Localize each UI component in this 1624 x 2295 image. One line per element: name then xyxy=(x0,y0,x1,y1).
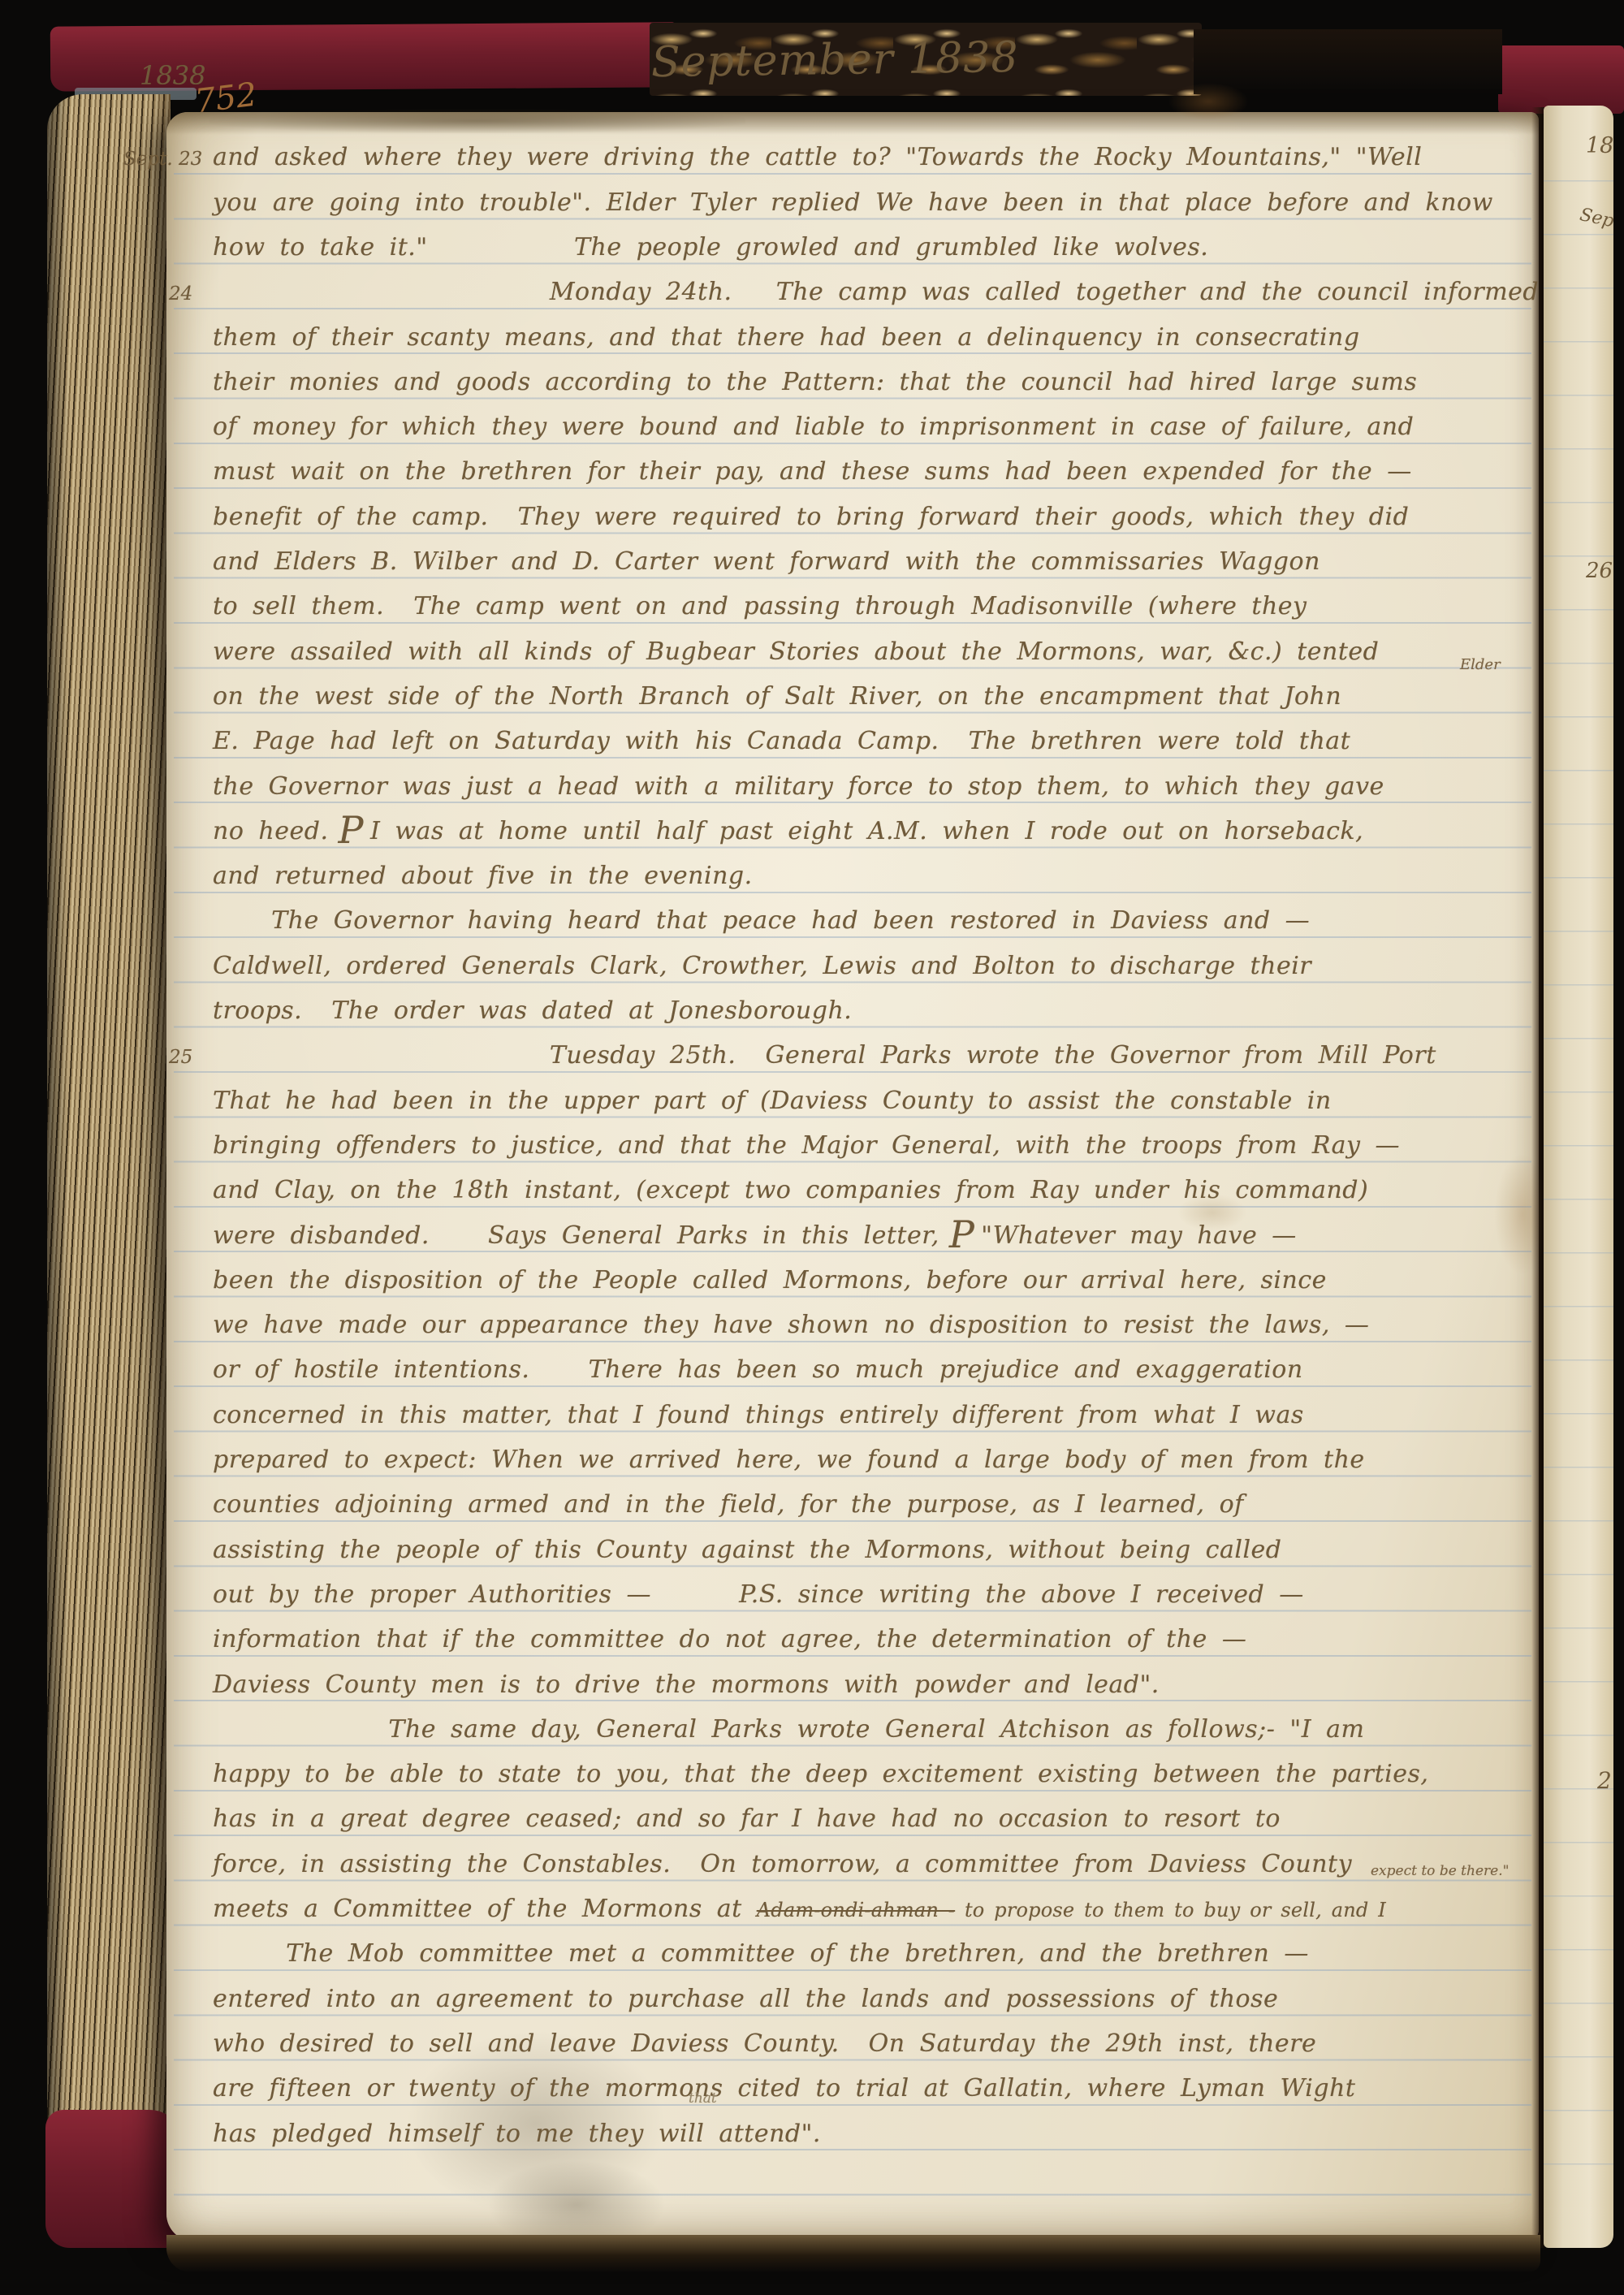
manuscript-line: has pledged himself to me they will atte… xyxy=(123,2113,1541,2158)
line-text: Caldwell, ordered Generals Clark, Crowth… xyxy=(213,952,1311,980)
paragraph-mark: P xyxy=(339,808,364,852)
margin-date: 24 xyxy=(123,273,213,315)
manuscript-line: them of their scanty means, and that the… xyxy=(123,317,1541,361)
line-text: or of hostile intentions. There has been… xyxy=(213,1355,1303,1384)
manuscript-line: The Governor having heard that peace had… xyxy=(123,900,1541,944)
manuscript-line: Caldwell, ordered Generals Clark, Crowth… xyxy=(123,945,1541,990)
line-text: force, in assisting the Constables. On t… xyxy=(213,1850,1352,1878)
paragraph-mark: P xyxy=(949,1212,974,1256)
line-text: bringing offenders to justice, and that … xyxy=(213,1131,1400,1160)
page-title: September 1838 xyxy=(651,33,1019,87)
line-text: and Elders B. Wilber and D. Carter went … xyxy=(213,547,1320,576)
line-text: to sell them. The camp went on and passi… xyxy=(213,592,1307,620)
interlinear-insert-that: that xyxy=(689,2090,717,2107)
struck-text: Adam-ondi-ahman - xyxy=(757,1899,955,1921)
manuscript-line: counties adjoining armed and in the fiel… xyxy=(123,1484,1541,1528)
manuscript-line: and returned about five in the evening. xyxy=(123,855,1541,900)
line-text: were assailed with all kinds of Bugbear … xyxy=(213,637,1379,666)
line-text: meets a Committee of the Mormons at Adam… xyxy=(213,1895,1386,1923)
line-text: benefit of the camp. They were required … xyxy=(213,503,1409,531)
line-text: out by the proper Authorities — P.S. sin… xyxy=(213,1580,1304,1609)
line-text: prepared to expect: When we arrived here… xyxy=(213,1446,1365,1474)
line-text: Daviess County men is to drive the mormo… xyxy=(213,1670,1160,1699)
line-text: concerned in this matter, that I found t… xyxy=(213,1401,1304,1429)
line-text: That he had been in the upper part of (D… xyxy=(213,1087,1332,1115)
line-text: and asked where they were driving the ca… xyxy=(213,143,1422,171)
handwriting-layer: 1838 752 September 1838 Sept. 23and aske… xyxy=(0,0,1624,2295)
manuscript-line: information that if the committee do not… xyxy=(123,1619,1541,1663)
page-number: 752 xyxy=(192,76,258,121)
manuscript-line: were assailed with all kinds of Bugbear … xyxy=(123,631,1541,676)
manuscript-line: their monies and goods according to the … xyxy=(123,361,1541,406)
manuscript-line: Sept. 23and asked where they were drivin… xyxy=(123,136,1541,181)
manuscript-line: and Elders B. Wilber and D. Carter went … xyxy=(123,541,1541,586)
manuscript-line: and Clay, on the 18th instant, (except t… xyxy=(123,1169,1541,1214)
manuscript-line: must wait on the brethren for their pay,… xyxy=(123,451,1541,495)
line-text: been the disposition of the People calle… xyxy=(213,1266,1327,1294)
line-text: are fifteen or twenty of the mormons cit… xyxy=(213,2074,1355,2103)
manuscript-line: to sell them. The camp went on and passi… xyxy=(123,586,1541,630)
manuscript-line: who desired to sell and leave Daviess Co… xyxy=(123,2023,1541,2068)
manuscript-line: has in a great degree ceased; and so far… xyxy=(123,1798,1541,1843)
line-text: we have made our appearance they have sh… xyxy=(213,1311,1369,1339)
line-text: has in a great degree ceased; and so far… xyxy=(213,1804,1281,1833)
line-text: of money for which they were bound and l… xyxy=(213,413,1414,441)
line-text: were disbanded. Says General Parks in th… xyxy=(213,1221,1297,1250)
line-text: troops. The order was dated at Jonesboro… xyxy=(213,996,852,1025)
manuscript-line: meets a Committee of the Mormons at Adam… xyxy=(123,1888,1541,1933)
interlinear-insert-expect: expect to be there." xyxy=(1371,1863,1509,1879)
manuscript-line: of money for which they were bound and l… xyxy=(123,406,1541,451)
manuscript-line: the Governor was just a head with a mili… xyxy=(123,766,1541,810)
line-text: Tuesday 25th. General Parks wrote the Go… xyxy=(213,1041,1436,1070)
line-text: and Clay, on the 18th instant, (except t… xyxy=(213,1176,1368,1204)
manuscript-line: The same day, General Parks wrote Genera… xyxy=(123,1709,1541,1753)
line-text: E. Page had left on Saturday with his Ca… xyxy=(213,727,1350,755)
manuscript-line: troops. The order was dated at Jonesboro… xyxy=(123,990,1541,1035)
line-text: counties adjoining armed and in the fiel… xyxy=(213,1490,1244,1519)
manuscript-line: are fifteen or twenty of the mormons cit… xyxy=(123,2068,1541,2112)
manuscript-line: we have made our appearance they have sh… xyxy=(123,1304,1541,1349)
line-text: The Governor having heard that peace had… xyxy=(213,906,1310,935)
book-photo: 183 Sept. 2 26 27 1838 752 September 183… xyxy=(0,0,1624,2295)
manuscript-line: happy to be able to state to you, that t… xyxy=(123,1753,1541,1798)
line-text: Monday 24th. The camp was called togethe… xyxy=(213,278,1539,306)
line-text: entered into an agreement to purchase al… xyxy=(213,1985,1278,2013)
manuscript-line: out by the proper Authorities — P.S. sin… xyxy=(123,1574,1541,1619)
line-text: The same day, General Parks wrote Genera… xyxy=(213,1715,1364,1744)
manuscript-line: force, in assisting the Constables. On t… xyxy=(123,1843,1541,1888)
margin-date: Sept. 23 xyxy=(123,138,213,180)
manuscript-line: prepared to expect: When we arrived here… xyxy=(123,1439,1541,1484)
manuscript-line: been the disposition of the People calle… xyxy=(123,1260,1541,1304)
line-text: no heed.PI was at home until half past e… xyxy=(213,817,1363,845)
manuscript-line: 25 Tuesday 25th. General Parks wrote the… xyxy=(123,1035,1541,1079)
manuscript-line: or of hostile intentions. There has been… xyxy=(123,1349,1541,1394)
manuscript-line: on the west side of the North Branch of … xyxy=(123,676,1541,720)
line-text: who desired to sell and leave Daviess Co… xyxy=(213,2029,1316,2058)
manuscript-line: were disbanded. Says General Parks in th… xyxy=(123,1215,1541,1260)
margin-date: 25 xyxy=(123,1036,213,1078)
line-text: how to take it." The people growled and … xyxy=(213,233,1208,261)
line-text: on the west side of the North Branch of … xyxy=(213,682,1341,711)
manuscript-line: The Mob committee met a committee of the… xyxy=(123,1933,1541,1977)
manuscript-line: how to take it." The people growled and … xyxy=(123,227,1541,271)
interlinear-insert-elder: Elder xyxy=(1460,656,1501,673)
line-text: information that if the committee do not… xyxy=(213,1625,1246,1653)
manuscript-line: benefit of the camp. They were required … xyxy=(123,496,1541,541)
manuscript-line: concerned in this matter, that I found t… xyxy=(123,1394,1541,1439)
manuscript-line: 24 Monday 24th. The camp was called toge… xyxy=(123,271,1541,316)
line-text: their monies and goods according to the … xyxy=(213,368,1417,396)
manuscript-line: That he had been in the upper part of (D… xyxy=(123,1080,1541,1125)
manuscript-line: Daviess County men is to drive the mormo… xyxy=(123,1664,1541,1709)
line-text: them of their scanty means, and that the… xyxy=(213,323,1360,352)
line-text: The Mob committee met a committee of the… xyxy=(213,1939,1309,1968)
line-text: must wait on the brethren for their pay,… xyxy=(213,457,1412,486)
line-text: happy to be able to state to you, that t… xyxy=(213,1760,1428,1788)
line-text: and returned about five in the evening. xyxy=(213,862,753,890)
line-text: the Governor was just a head with a mili… xyxy=(213,772,1384,801)
manuscript-line: no heed.PI was at home until half past e… xyxy=(123,810,1541,855)
manuscript-line: entered into an agreement to purchase al… xyxy=(123,1978,1541,2023)
manuscript-line: E. Page had left on Saturday with his Ca… xyxy=(123,720,1541,765)
line-text: has pledged himself to me they will atte… xyxy=(213,2120,821,2148)
manuscript-line: you are going into trouble". Elder Tyler… xyxy=(123,182,1541,227)
line-text: assisting the people of this County agai… xyxy=(213,1536,1282,1564)
manuscript-line: bringing offenders to justice, and that … xyxy=(123,1125,1541,1169)
line-text: you are going into trouble". Elder Tyler… xyxy=(213,188,1493,217)
manuscript-line: assisting the people of this County agai… xyxy=(123,1529,1541,1574)
